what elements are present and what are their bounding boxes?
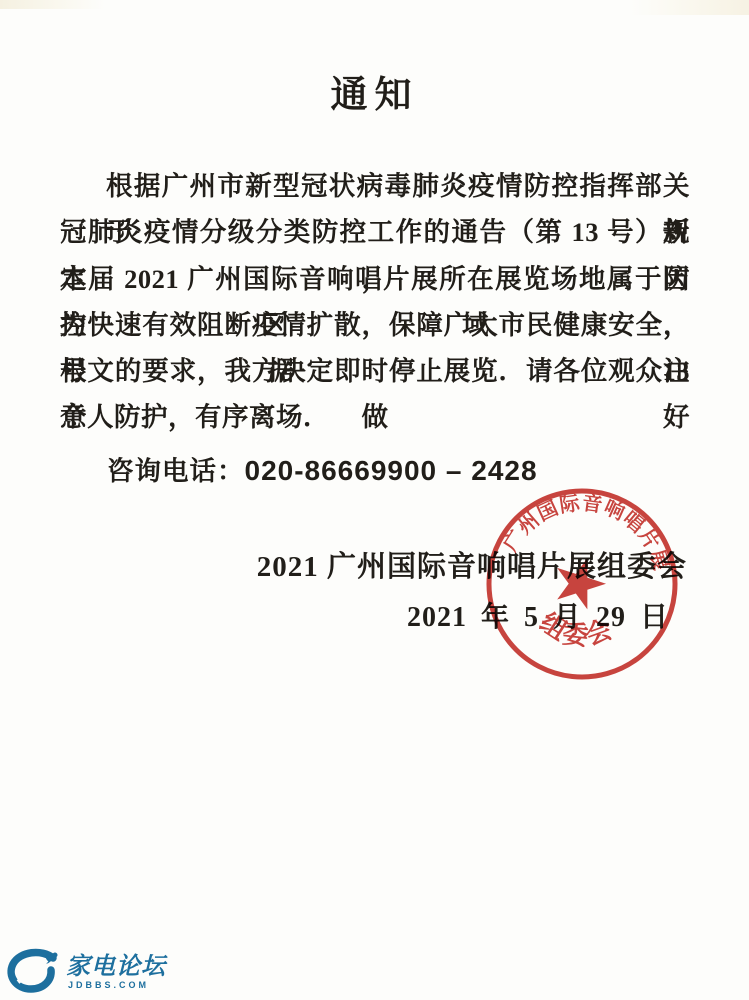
notice-body: 根据广州市新型冠状病毒肺炎疫情防控指挥部关于新 冠肺炎疫情分级分类防控工作的通告… [60, 163, 690, 441]
contact-number: 020-86669900 – 2428 [245, 455, 538, 486]
body-line: 冠肺炎疫情分级分类防控工作的通告（第 13 号）规定，因 [60, 209, 690, 255]
contact-label: 咨询电话： [107, 456, 245, 486]
body-line: 为快速有效阻断疫情扩散，保障广大市民健康安全，根据 13 [60, 302, 690, 348]
body-line: 根据广州市新型冠状病毒肺炎疫情防控指挥部关于新 [60, 163, 690, 209]
scan-artifact-top-right [631, 0, 749, 15]
site-name: 家电论坛 [66, 955, 166, 979]
jdbbs-logo-icon [6, 948, 62, 996]
contact-line: 咨询电话：020-86669900 – 2428 [107, 451, 538, 491]
page-title: 通知 [0, 64, 749, 118]
site-watermark: 家电论坛 JDBBS.COM [6, 948, 166, 996]
notice-document: 通知 根据广州市新型冠状病毒肺炎疫情防控指挥部关于新 冠肺炎疫情分级分类防控工作… [0, 0, 749, 1000]
watermark-text: 家电论坛 JDBBS.COM [66, 955, 166, 990]
scan-artifact-top-left [0, 0, 105, 9]
seal-bottom-text: 组委会 [533, 606, 620, 654]
official-seal: 广州国际音响唱片展 组委会 [482, 484, 682, 684]
body-line: 号文的要求，我方决定即时停止展览．请各位观众注意做好 [60, 348, 690, 394]
site-domain: JDBBS.COM [66, 980, 166, 990]
seal-ring-text: 广州国际音响唱片展 [496, 484, 680, 576]
star-icon [548, 550, 612, 612]
body-line: 本届 2021 广州国际音响唱片展所在展览场地属于防控区域， [60, 256, 690, 302]
